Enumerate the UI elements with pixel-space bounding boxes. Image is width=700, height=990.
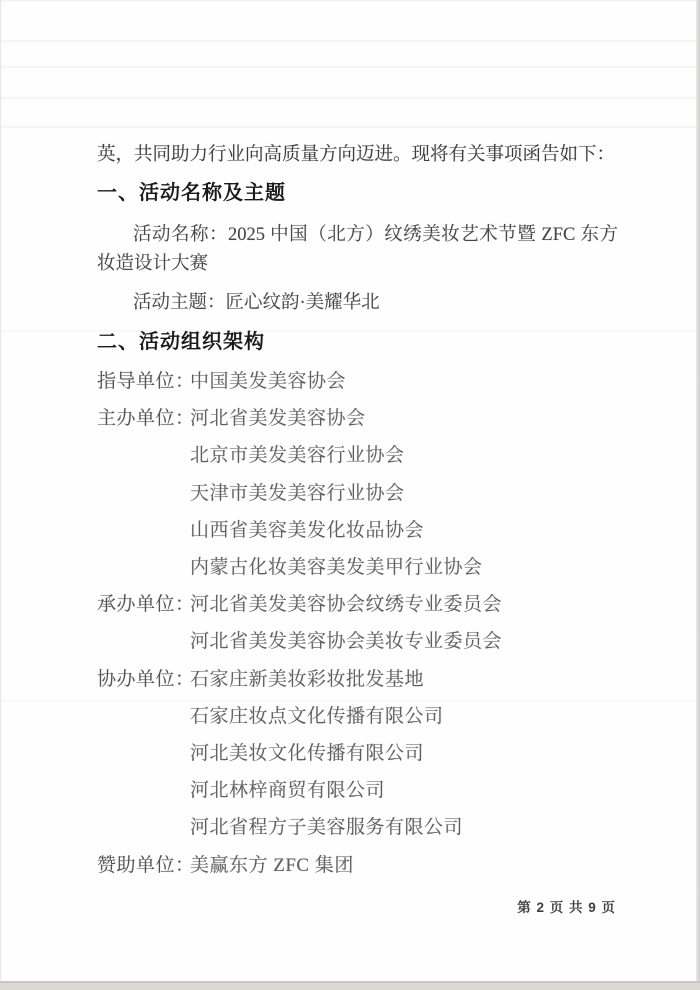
org-row-value: 北京市美发美容行业协会 — [190, 440, 405, 467]
org-row-sponsor-unit: 赞助单位： 美赢东方 ZFC 集团 — [97, 844, 618, 881]
org-row-value: 河北美妆文化传播有限公司 — [190, 738, 424, 765]
org-row-guidance-unit: 指导单位： 中国美发美容协会 — [97, 361, 618, 398]
org-row-value: 河北林梓商贸有限公司 — [190, 775, 385, 802]
organization-list: 指导单位： 中国美发美容协会 主办单位： 河北省美发美容协会 北京市美发美容行业… — [97, 361, 618, 882]
org-row-organizer-unit: 承办单位： 河北省美发美容协会纹绣专业委员会 — [97, 584, 618, 621]
org-row-value: 山西省美容美发化妆品协会 — [190, 515, 424, 542]
page-edge-bottom — [0, 981, 700, 990]
org-row-value: 中国美发美容协会 — [190, 366, 346, 393]
org-row-co-organizer-unit: 协办单位： 石家庄新美妆彩妆批发基地 — [97, 659, 618, 696]
org-row-label: 承办单位： — [97, 589, 190, 616]
section-heading-organization: 二、活动组织架构 — [97, 327, 618, 357]
intro-paragraph: 英，共同助力行业向高质量方向迈进。现将有关事项函告如下： — [97, 140, 618, 170]
org-row-value: 石家庄妆点文化传播有限公司 — [190, 701, 444, 728]
org-row-label: 主办单位： — [97, 403, 190, 430]
activity-theme-paragraph: 活动主题：匠心纹韵·美耀华北 — [97, 289, 618, 318]
page-edge-right — [696, 0, 700, 990]
org-row: 河北林梓商贸有限公司 — [97, 770, 618, 807]
org-row-label: 协办单位： — [97, 664, 190, 691]
org-row-host-unit: 主办单位： 河北省美发美容协会 — [97, 398, 618, 435]
org-row-value: 河北省美发美容协会纹绣专业委员会 — [190, 589, 502, 616]
org-row-value: 石家庄新美妆彩妆批发基地 — [190, 664, 424, 691]
page-footer: 第 2 页 共 9 页 — [97, 900, 618, 916]
org-row: 内蒙古化妆美容美发美甲行业协会 — [97, 547, 618, 584]
page-edge-left — [0, 0, 2, 990]
org-row: 河北省美发美容协会美妆专业委员会 — [97, 621, 618, 658]
org-row-value: 内蒙古化妆美容美发美甲行业协会 — [190, 552, 483, 579]
section-heading-name-and-theme: 一、活动名称及主题 — [97, 178, 618, 208]
document-body: 英，共同助力行业向高质量方向迈进。现将有关事项函告如下： 一、活动名称及主题 活… — [97, 0, 618, 916]
org-row-value: 河北省程方子美容服务有限公司 — [190, 812, 463, 839]
org-row-label: 指导单位： — [97, 366, 190, 393]
org-row-value: 河北省美发美容协会 — [190, 403, 366, 430]
page-number: 第 2 页 共 9 页 — [517, 900, 616, 915]
org-row: 河北美妆文化传播有限公司 — [97, 733, 618, 770]
org-row-value: 河北省美发美容协会美妆专业委员会 — [190, 626, 502, 653]
org-row: 河北省程方子美容服务有限公司 — [97, 807, 618, 844]
org-row-value: 美赢东方 ZFC 集团 — [190, 850, 354, 877]
activity-name-paragraph: 活动名称：2025 中国（北方）纹绣美妆艺术节暨 ZFC 东方妆造设计大赛 — [97, 221, 618, 279]
org-row: 石家庄妆点文化传播有限公司 — [97, 696, 618, 733]
org-row: 天津市美发美容行业协会 — [97, 473, 618, 510]
document-page: 英，共同助力行业向高质量方向迈进。现将有关事项函告如下： 一、活动名称及主题 活… — [0, 0, 700, 990]
org-row: 山西省美容美发化妆品协会 — [97, 510, 618, 547]
org-row: 北京市美发美容行业协会 — [97, 435, 618, 472]
org-row-value: 天津市美发美容行业协会 — [190, 478, 405, 505]
page-edge-top — [0, 0, 700, 2]
org-row-label: 赞助单位： — [97, 850, 190, 877]
